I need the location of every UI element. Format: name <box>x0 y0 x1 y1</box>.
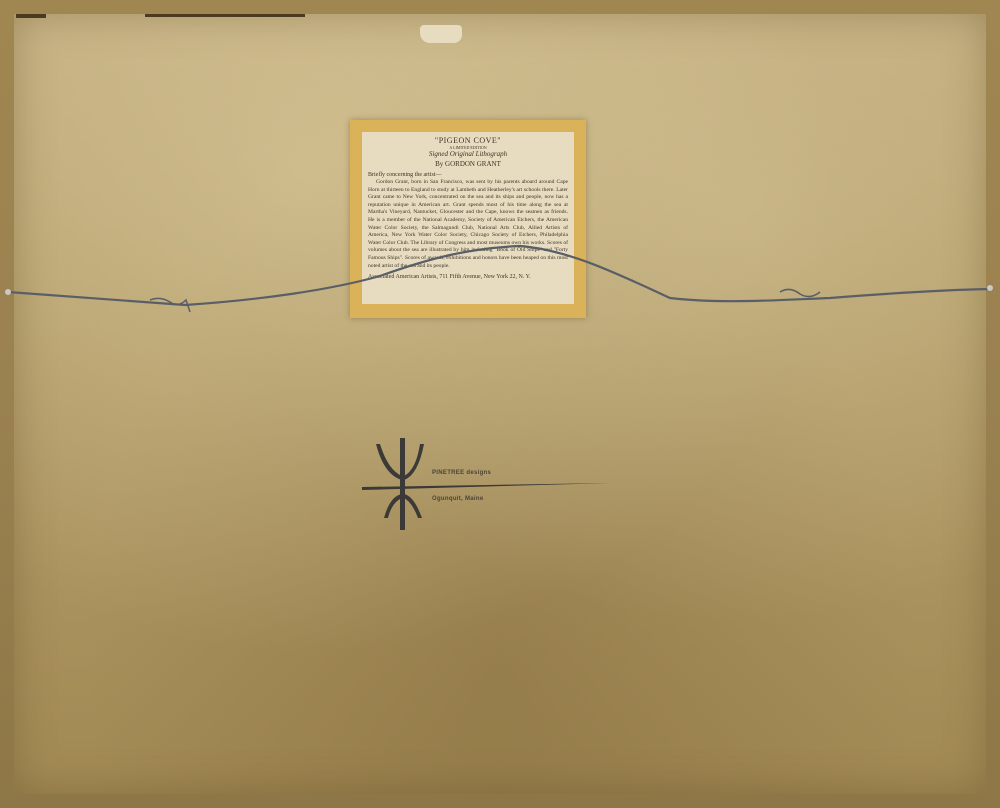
maker-stamp: PINETREE designs Ogunquit, Maine <box>362 430 622 540</box>
stamp-line-1: PINETREE designs <box>432 470 491 476</box>
stamp-line-2: Ogunquit, Maine <box>432 496 484 502</box>
hanging-wire <box>0 0 1000 808</box>
pinetree-logo-icon <box>362 430 622 540</box>
